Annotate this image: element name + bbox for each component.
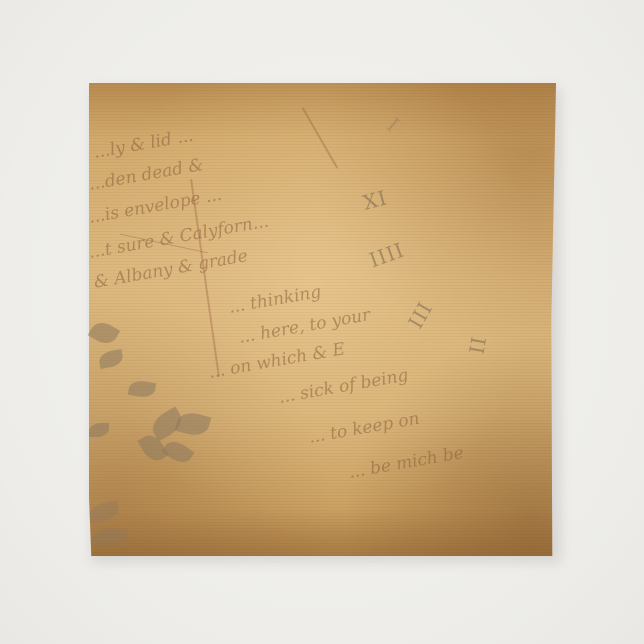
parchment-bandana: ...ly & lid ... ...den dead & ...is enve… bbox=[89, 83, 556, 556]
